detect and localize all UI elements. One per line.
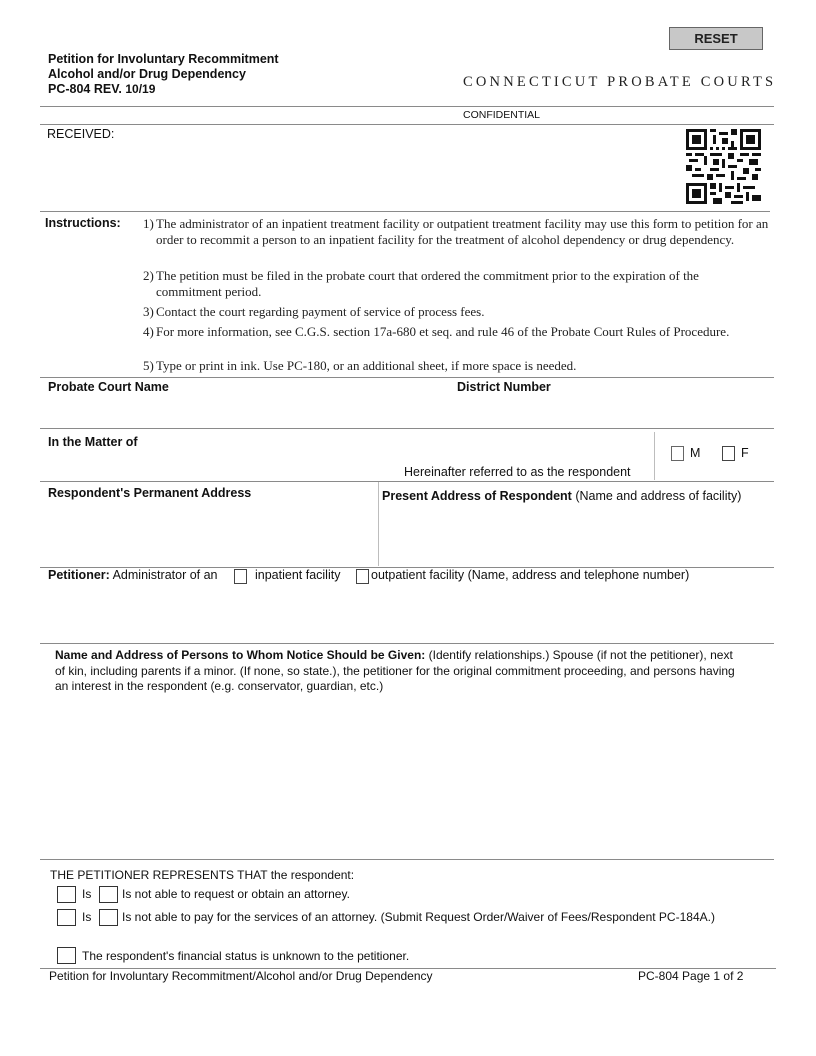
row1-is-checkbox[interactable] [57,886,76,903]
district-number-label: District Number [457,380,551,394]
probate-court-name-field[interactable] [44,396,444,426]
gender-m-label: M [690,446,700,460]
in-the-matter-of-label: In the Matter of [48,435,138,449]
divider [40,859,774,860]
gender-f-label: F [741,446,749,460]
form-number: PC-804 REV. 10/19 [48,82,279,97]
hereinafter-label: Hereinafter referred to as the responden… [404,465,631,479]
confidential-label: CONFIDENTIAL [463,109,540,121]
inpatient-facility-label: inpatient facility [255,568,340,582]
respondent-name-field[interactable] [44,452,644,466]
notice-label: Name and Address of Persons to Whom Noti… [55,648,745,695]
divider [40,643,774,644]
footer-title: Petition for Involuntary Recommitment/Al… [49,969,433,985]
represents-heading: THE PETITIONER REPRESENTS THAT the respo… [50,868,354,884]
present-address-label: Present Address of Respondent (Name and … [382,489,741,503]
form-title: Petition for Involuntary Recommitment Al… [48,52,279,97]
petitioner-info-field[interactable] [44,586,772,640]
gender-f-checkbox[interactable] [722,446,735,461]
permanent-address-field[interactable] [44,504,374,564]
row2-label: Is not able to pay for the services of a… [122,910,752,926]
title-line-1: Petition for Involuntary Recommitment [48,52,279,67]
district-number-field[interactable] [455,396,765,426]
divider [40,377,774,378]
present-address-field[interactable] [382,506,772,564]
probate-court-name-label: Probate Court Name [48,380,169,394]
is-label: Is [82,887,91,903]
outpatient-facility-label: outpatient facility (Name, address and t… [371,568,689,582]
divider [40,428,774,429]
petitioner-label: Petitioner: Administrator of an [48,568,218,582]
inpatient-facility-checkbox[interactable] [234,569,247,584]
row1-is-not-checkbox[interactable] [99,886,118,903]
divider [40,211,770,212]
row1-label: Is not able to request or obtain an atto… [122,887,350,903]
title-line-2: Alcohol and/or Drug Dependency [48,67,279,82]
reset-button[interactable]: RESET [669,27,763,50]
outpatient-facility-checkbox[interactable] [356,569,369,584]
divider [654,432,655,480]
row2-is-checkbox[interactable] [57,909,76,926]
court-name: CONNECTICUT PROBATE COURTS [463,74,776,91]
instructions-list: 1) The administrator of an inpatient tre… [143,216,773,376]
qr-code-icon [686,129,761,204]
notice-persons-field[interactable] [44,700,772,855]
revision: 10/19 [125,82,155,96]
is-label: Is [82,910,91,926]
row3-label: The respondent's financial status is unk… [82,949,409,965]
divider [378,482,379,566]
gender-m-checkbox[interactable] [671,446,684,461]
divider [40,106,774,107]
received-label: RECEIVED: [47,127,114,141]
financial-status-unknown-checkbox[interactable] [57,947,76,964]
divider [40,481,774,482]
footer-page-number: PC-804 Page 1 of 2 [638,969,743,985]
row2-is-not-checkbox[interactable] [99,909,118,926]
divider [40,124,774,125]
instructions-label: Instructions: [45,216,121,230]
permanent-address-label: Respondent's Permanent Address [48,486,251,500]
